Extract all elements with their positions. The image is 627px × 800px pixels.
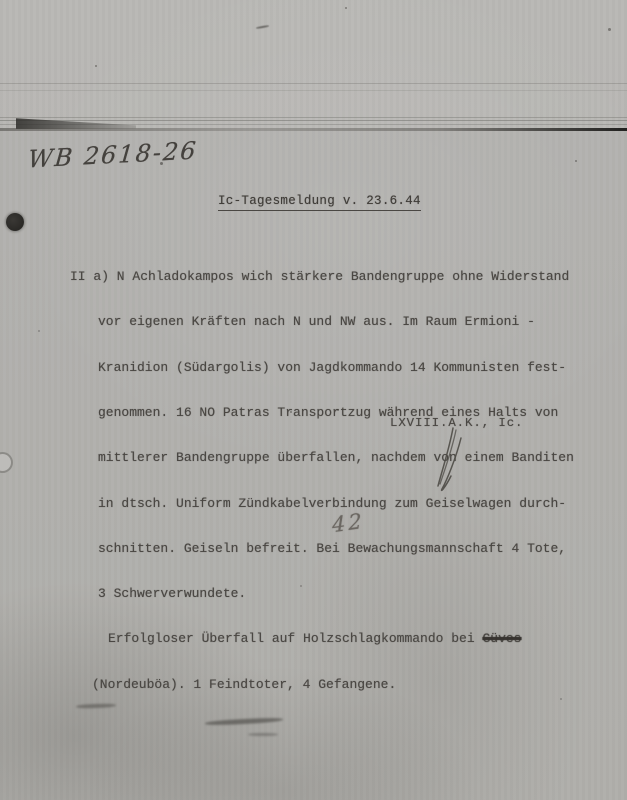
report-line: vor eigenen Kräften nach N und NW aus. I… (0, 314, 574, 329)
paper-speck (560, 698, 562, 700)
struck-out-place-name: Güves (482, 631, 521, 646)
scanned-document-page: WB 2618-26 Ic-Tagesmeldung v. 23.6.44 II… (0, 0, 627, 800)
hole-punch-top (6, 213, 24, 231)
faint-fold-line-1 (0, 83, 627, 84)
paper-speck (290, 411, 292, 413)
report-line: 3 Schwerverwundete. (0, 586, 574, 601)
page-number-handwritten: 42 (332, 509, 365, 538)
report-line: schnitten. Geiseln befreit. Bei Bewachun… (0, 541, 574, 556)
faint-fold-line-2 (0, 90, 627, 91)
thin-fold-line-a (0, 117, 627, 118)
pencil-paraph-mark (425, 420, 475, 500)
report-body: II a) N Achladokampos wich stärkere Band… (0, 239, 574, 722)
report-line: in dtsch. Uniform Zündkabelverbindung zu… (0, 496, 574, 511)
report-line-prefix: Erfolgloser Überfall auf Holzschlagkomma… (108, 631, 482, 646)
report-line-with-strikeout: Erfolgloser Überfall auf Holzschlagkomma… (0, 631, 574, 646)
paper-speck (160, 162, 163, 165)
report-line: (Nordeuböa). 1 Feindtoter, 4 Gefangene. (0, 677, 574, 692)
paper-speck (337, 409, 339, 411)
paper-speck (38, 330, 40, 332)
report-line: mittlerer Bandengruppe überfallen, nachd… (0, 450, 574, 465)
paper-speck (345, 7, 347, 9)
pencil-dash-mark (256, 25, 269, 29)
smudge-mark (248, 733, 278, 736)
report-title: Ic-Tagesmeldung v. 23.6.44 (218, 194, 421, 211)
report-line: Kranidion (Südargolis) von Jagdkommando … (0, 360, 574, 375)
paper-speck (575, 160, 577, 162)
thin-fold-line-b (0, 120, 627, 121)
paper-speck (95, 65, 97, 67)
paper-speck (608, 28, 611, 31)
report-line: II a) N Achladokampos wich stärkere Band… (0, 269, 574, 284)
paper-speck (300, 585, 302, 587)
